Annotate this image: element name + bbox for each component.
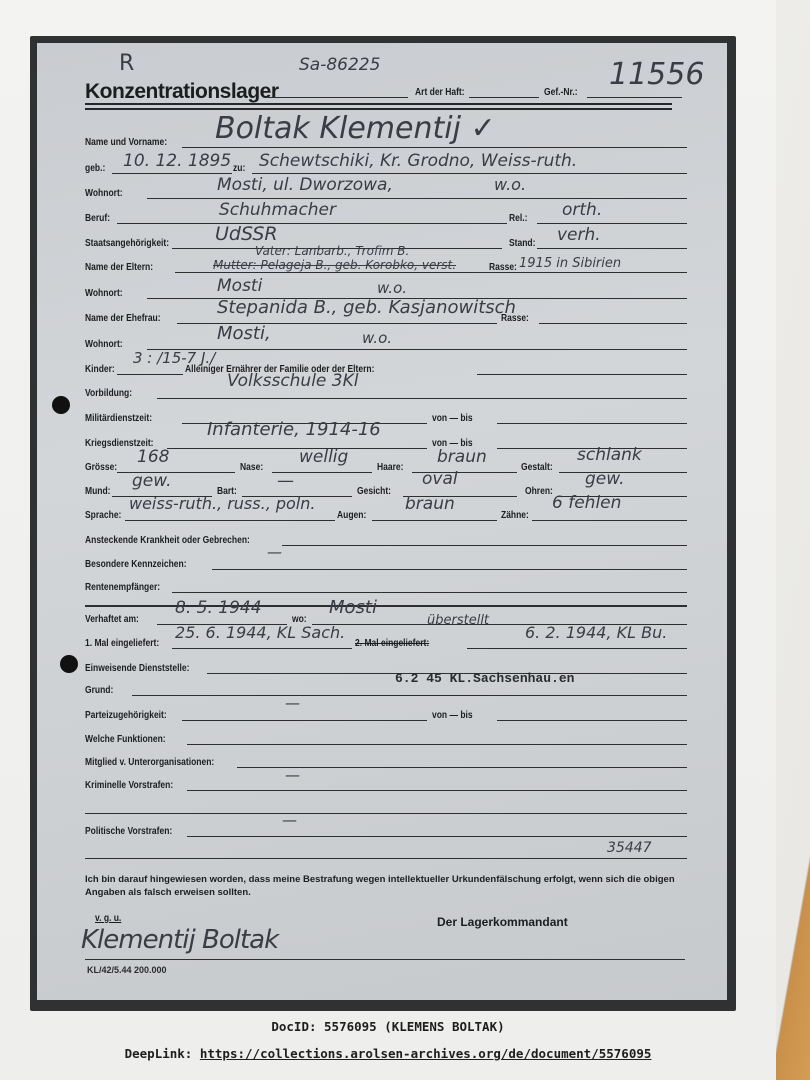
ueberstellt-note: überstellt (427, 613, 489, 628)
art-der-haft-label: Art der Haft: (415, 87, 465, 98)
dienststelle-label: Einweisende Dienststelle: (85, 663, 189, 674)
krankheit-label: Ansteckende Krankheit oder Gebrechen: (85, 535, 250, 546)
eingeliefert-label: 1. Mal eingeliefert: (85, 638, 159, 649)
mund-label: Mund: (85, 486, 111, 497)
ohren-value: gew. (585, 469, 624, 489)
ehefrau-wohnort-label: Wohnort: (85, 339, 123, 350)
krieg-value: Infanterie, 1914-16 (207, 419, 381, 440)
kinder-label: Kinder: (85, 364, 115, 375)
staat-value: UdSSR (215, 223, 278, 245)
beruf-label: Beruf: (85, 213, 110, 224)
eingeliefert-value: 25. 6. 1944, KL Sach. (175, 623, 345, 642)
wohnort-extra: w.o. (494, 175, 526, 194)
father-name: Vater: Lanbarb., Trofim B. (255, 244, 409, 258)
prisoner-number: 11556 (609, 57, 704, 92)
mother-name: Mutter: Pelageja B., geb. Korobko, verst… (213, 258, 456, 272)
nase-value: wellig (299, 447, 348, 467)
eltern-wohnort-value: Mosti (217, 276, 262, 296)
haare-value: braun (437, 447, 487, 467)
eltern-wohnort-extra: w.o. (377, 279, 407, 297)
punch-hole (52, 396, 70, 414)
reference-number: 35447 (607, 840, 652, 856)
deeplink-row: DeepLink: https://collections.arolsen-ar… (0, 1046, 776, 1061)
ehefrau-value: Stepanida B., geb. Kasjanowitsch (217, 297, 516, 318)
deeplink-url[interactable]: https://collections.arolsen-archives.org… (200, 1046, 652, 1061)
vgu-mark: v. g. u. (95, 913, 121, 924)
stand-label: Stand: (509, 238, 535, 249)
rel-label: Rel.: (509, 213, 527, 224)
gestalt-label: Gestalt: (521, 462, 553, 473)
gesicht-label: Gesicht: (357, 486, 391, 497)
printed-page: R Sa-86225 Konzentrationslager Art der H… (0, 0, 776, 1080)
funktionen-label: Welche Funktionen: (85, 734, 166, 745)
politisch-label: Politische Vorstrafen: (85, 826, 172, 837)
kennzeichen-label: Besondere Kennzeichen: (85, 559, 187, 570)
eltern-label: Name der Eltern: (85, 262, 153, 273)
stand-value: verh. (557, 225, 601, 245)
wohnort-value: Mosti, ul. Dworzowa, (217, 175, 393, 195)
eingeliefert-2-label: 2. Mal eingeliefert: (355, 638, 429, 649)
kriminell-label: Kriminelle Vorstrafen: (85, 780, 173, 791)
verhaftet-label: Verhaftet am: (85, 614, 139, 625)
ehefrau-label: Name der Ehefrau: (85, 313, 161, 324)
bart-value: — (277, 471, 294, 491)
deeplink-label: DeepLink: (125, 1046, 193, 1061)
geb-label: geb.: (85, 163, 105, 174)
ehefrau-rasse-label: Rasse: (501, 313, 529, 324)
rasse-value: 1915 in Sibirien (519, 256, 621, 271)
groesse-label: Grösse: (85, 462, 117, 473)
declaration-text: Ich bin darauf hingewiesen worden, dass … (85, 873, 685, 899)
card-title: Konzentrationslager (85, 80, 279, 104)
verhaftet-value: 8. 5. 1944 (175, 598, 262, 618)
groesse-value: 168 (137, 447, 169, 467)
zaehne-value: 6 fehlen (552, 493, 621, 513)
name-value: Boltak Klementij ✓ (215, 111, 496, 146)
doc-id: DocID: 5576095 (KLEMENS BOLTAK) (0, 1019, 776, 1034)
vorbildung-label: Vorbildung: (85, 388, 132, 399)
ehefrau-wohnort-extra: w.o. (362, 329, 392, 347)
wo-value: Mosti (329, 597, 377, 618)
militaer-label: Militärdienstzeit: (85, 413, 152, 424)
partei-label: Parteizugehörigkeit: (85, 710, 167, 721)
scanned-card-frame: R Sa-86225 Konzentrationslager Art der H… (30, 36, 736, 1011)
rente-label: Rentenempfänger: (85, 582, 160, 593)
ehefrau-wohnort-value: Mosti, (217, 323, 271, 344)
politisch-value: — (282, 811, 297, 829)
gestalt-value: schlank (577, 445, 642, 465)
prisoner-signature: Klementij Boltak (81, 925, 278, 955)
mitglied-label: Mitglied v. Unterorganisationen: (85, 757, 214, 768)
gesicht-value: oval (422, 469, 458, 489)
form-code: KL/42/5.44 200.000 (87, 965, 167, 975)
grund-label: Grund: (85, 685, 113, 696)
zaehne-label: Zähne: (501, 510, 529, 521)
prisoner-registration-card: R Sa-86225 Konzentrationslager Art der H… (37, 43, 727, 1000)
kriminell-value: — (285, 766, 300, 784)
header-rule (85, 103, 672, 110)
mund-value: gew. (132, 471, 171, 491)
partei-von-bis: von — bis (432, 710, 473, 721)
vorbildung-value: Volksschule 3Kl (227, 371, 358, 391)
partei-value: — (285, 694, 300, 712)
eltern-wohnort-label: Wohnort: (85, 288, 123, 299)
sprache-value: weiss-ruth., russ., poln. (129, 494, 315, 513)
kennzeichen-value: — (267, 543, 282, 561)
gef-nr-label: Gef.-Nr.: (544, 87, 578, 98)
punch-hole (60, 655, 78, 673)
commandant-label: Der Lagerkommandant (437, 915, 568, 929)
augen-value: braun (405, 494, 455, 514)
militaer-von-bis: von — bis (432, 413, 473, 424)
sprache-label: Sprache: (85, 510, 121, 521)
rasse-label: Rasse: (489, 262, 517, 273)
corner-mark: R (119, 51, 134, 76)
wohnort-label: Wohnort: (85, 188, 123, 199)
haare-label: Haare: (377, 462, 403, 473)
zu-label: zu: (233, 163, 245, 174)
eingeliefert-2-value: 6. 2. 1944, KL Bu. (525, 623, 667, 642)
rel-value: orth. (562, 200, 602, 220)
birth-date: 10. 12. 1895 (123, 151, 231, 171)
typed-transfer-note: 6.2 45 KL.Sachsenhau.en (395, 671, 574, 686)
nase-label: Nase: (240, 462, 263, 473)
staat-label: Staatsangehörigkeit: (85, 238, 169, 249)
birth-place: Schewtschiki, Kr. Grodno, Weiss-ruth. (259, 151, 577, 171)
ohren-label: Ohren: (525, 486, 553, 497)
augen-label: Augen: (337, 510, 366, 521)
archive-number: Sa-86225 (299, 55, 380, 75)
name-label: Name und Vorname: (85, 137, 167, 148)
beruf-value: Schuhmacher (219, 200, 336, 220)
